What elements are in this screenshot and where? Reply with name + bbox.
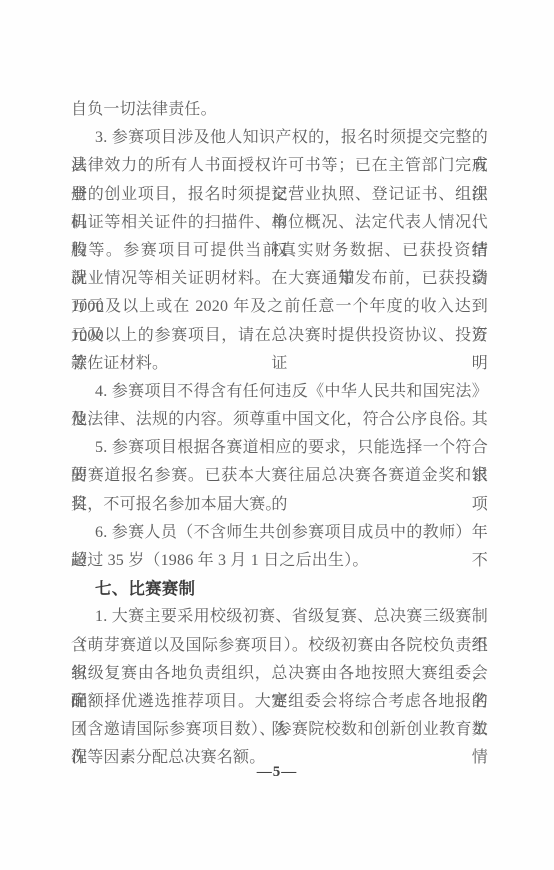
text-line: 等佐证材料。 <box>71 350 488 378</box>
text-line: 就业情况等相关证明材料。在大赛通知发布前，已获投资 1000 <box>71 265 488 293</box>
section-heading: 七、比赛赛制 <box>71 575 488 603</box>
text-line: 的赛道报名参赛。已获本大赛往届总决赛各赛道金奖和银奖的项 <box>71 462 488 490</box>
text-line: 元及以上的参赛项目，请在总决赛时提供投资协议、投资款证明 <box>71 322 488 350</box>
text-line: 他法律、法规的内容。须尊重中国文化，符合公序良俗。 <box>71 406 488 434</box>
text-line: 含萌芽赛道以及国际参赛项目）。校级初赛由各院校负责组织， <box>71 632 488 660</box>
text-line: 1. 大赛主要采用校级初赛、省级复赛、总决赛三级赛制（不 <box>71 603 488 631</box>
text-line: 配额择优遴选推荐项目。大赛组委会将综合考虑各地报名团队数 <box>71 688 488 716</box>
text-line: 法律效力的所有人书面授权许可书等；已在主管部门完成登记注 <box>71 152 488 180</box>
page-number: —5— <box>0 758 554 786</box>
text-line: 万元及以上或在 2020 年及之前任意一个年度的收入达到 1000 万 <box>71 293 488 321</box>
text-line: 目，不可报名参加本届大赛。 <box>71 491 488 519</box>
text-line: 码证等相关证件的扫描件、单位概况、法定代表人情况、股权结 <box>71 209 488 237</box>
text-line: 超过 35 岁（1986 年 3 月 1 日之后出生）。 <box>71 547 488 575</box>
text-line: 5. 参赛项目根据各赛道相应的要求，只能选择一个符合要求 <box>71 434 488 462</box>
text-line: 构等。参赛项目可提供当前真实财务数据、已获投资情况、带动 <box>71 237 488 265</box>
text-line: 4. 参赛项目不得含有任何违反《中华人民共和国宪法》及其 <box>71 378 488 406</box>
text-line: 自负一切法律责任。 <box>71 96 488 124</box>
text-line: （含邀请国际参赛项目数）、参赛院校数和创新创业教育工作情 <box>71 716 488 744</box>
text-line: 3. 参赛项目涉及他人知识产权的，报名时须提交完整的具有 <box>71 124 488 152</box>
text-line: 册的创业项目，报名时须提交营业执照、登记证书、组织机构代 <box>71 181 488 209</box>
document-page: 自负一切法律责任。3. 参赛项目涉及他人知识产权的，报名时须提交完整的具有法律效… <box>0 0 554 870</box>
text-line: 6. 参赛人员（不含师生共创参赛项目成员中的教师）年龄不 <box>71 519 488 547</box>
text-line: 省级复赛由各地负责组织，总决赛由各地按照大赛组委会确定的 <box>71 660 488 688</box>
document-body: 自负一切法律责任。3. 参赛项目涉及他人知识产权的，报名时须提交完整的具有法律效… <box>71 96 488 773</box>
